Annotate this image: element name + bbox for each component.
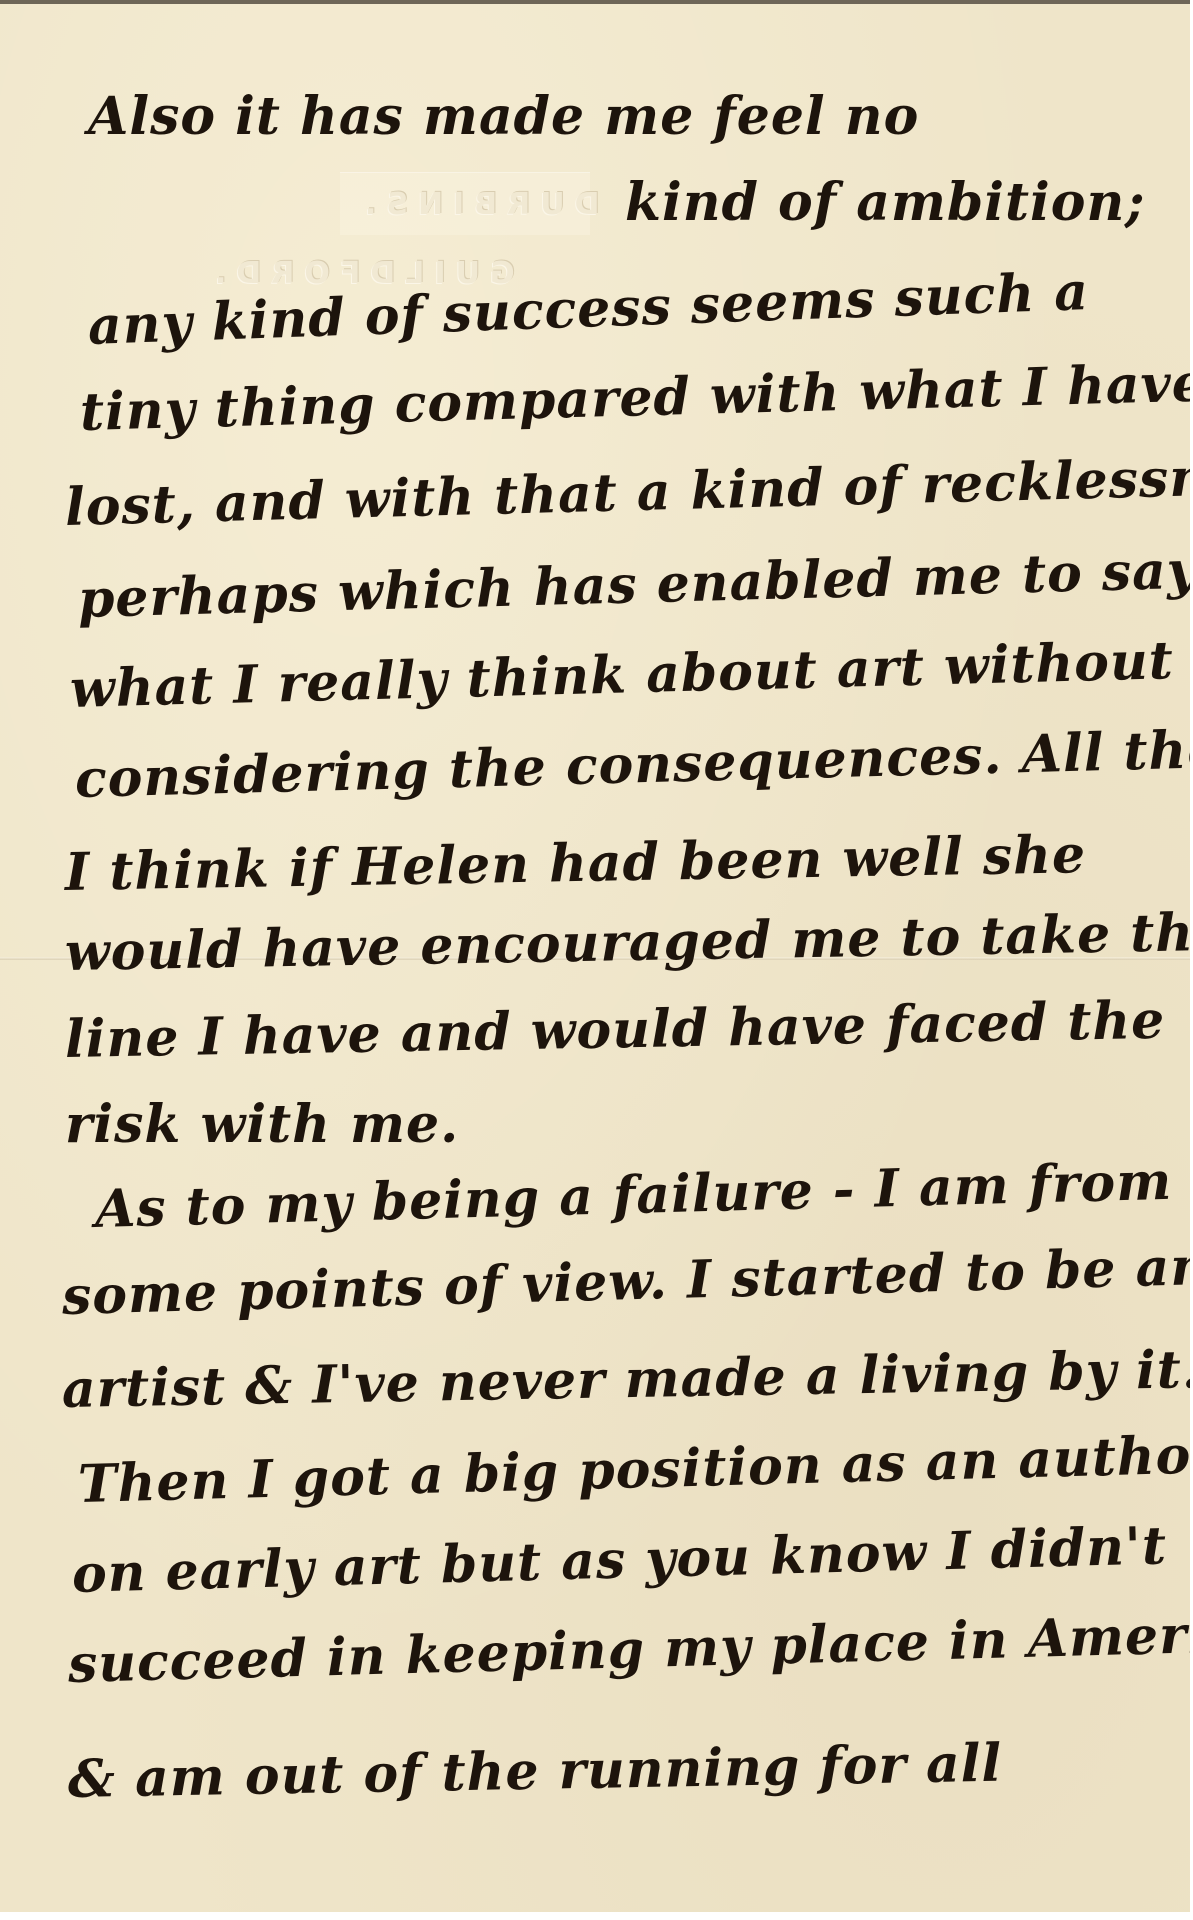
handwritten-line: risk with me. bbox=[65, 1094, 459, 1155]
handwritten-line: As to my being a failure - I am from bbox=[94, 1151, 1173, 1240]
handwritten-line: on early art but as you know I didn't bbox=[71, 1515, 1167, 1605]
handwritten-line: would have encouraged me to take the bbox=[64, 902, 1190, 983]
handwritten-line: I think if Helen had been well she bbox=[64, 824, 1086, 903]
handwritten-line: some points of view. I started to be an bbox=[61, 1236, 1190, 1327]
handwritten-line: perhaps which has enabled me to say bbox=[77, 540, 1190, 630]
handwritten-line: lost, and with that a kind of recklessne… bbox=[64, 445, 1190, 538]
handwritten-line: Also it has made me feel no bbox=[88, 86, 919, 147]
letter-page: DURBINS. GUILDFORD. Also it has made me … bbox=[0, 0, 1190, 1912]
handwritten-line: succeed in keeping my place in America bbox=[67, 1602, 1190, 1695]
handwritten-line: what I really think about art without bbox=[69, 630, 1174, 720]
handwritten-line: artist & I've never made a living by it. bbox=[61, 1339, 1190, 1420]
handwritten-line: kind of ambition; bbox=[625, 172, 1146, 233]
handwritten-line: & am out of the running for all bbox=[67, 1733, 1002, 1810]
handwritten-line: line I have and would have faced the bbox=[64, 990, 1165, 1070]
handwritten-line: tiny thing compared with what I have bbox=[79, 353, 1190, 443]
handwritten-line: considering the consequences. All the sa… bbox=[74, 714, 1190, 810]
handwritten-line: Then I got a big position as an authorit… bbox=[77, 1422, 1190, 1515]
letterhead-emboss-line-1: DURBINS. bbox=[355, 187, 600, 222]
